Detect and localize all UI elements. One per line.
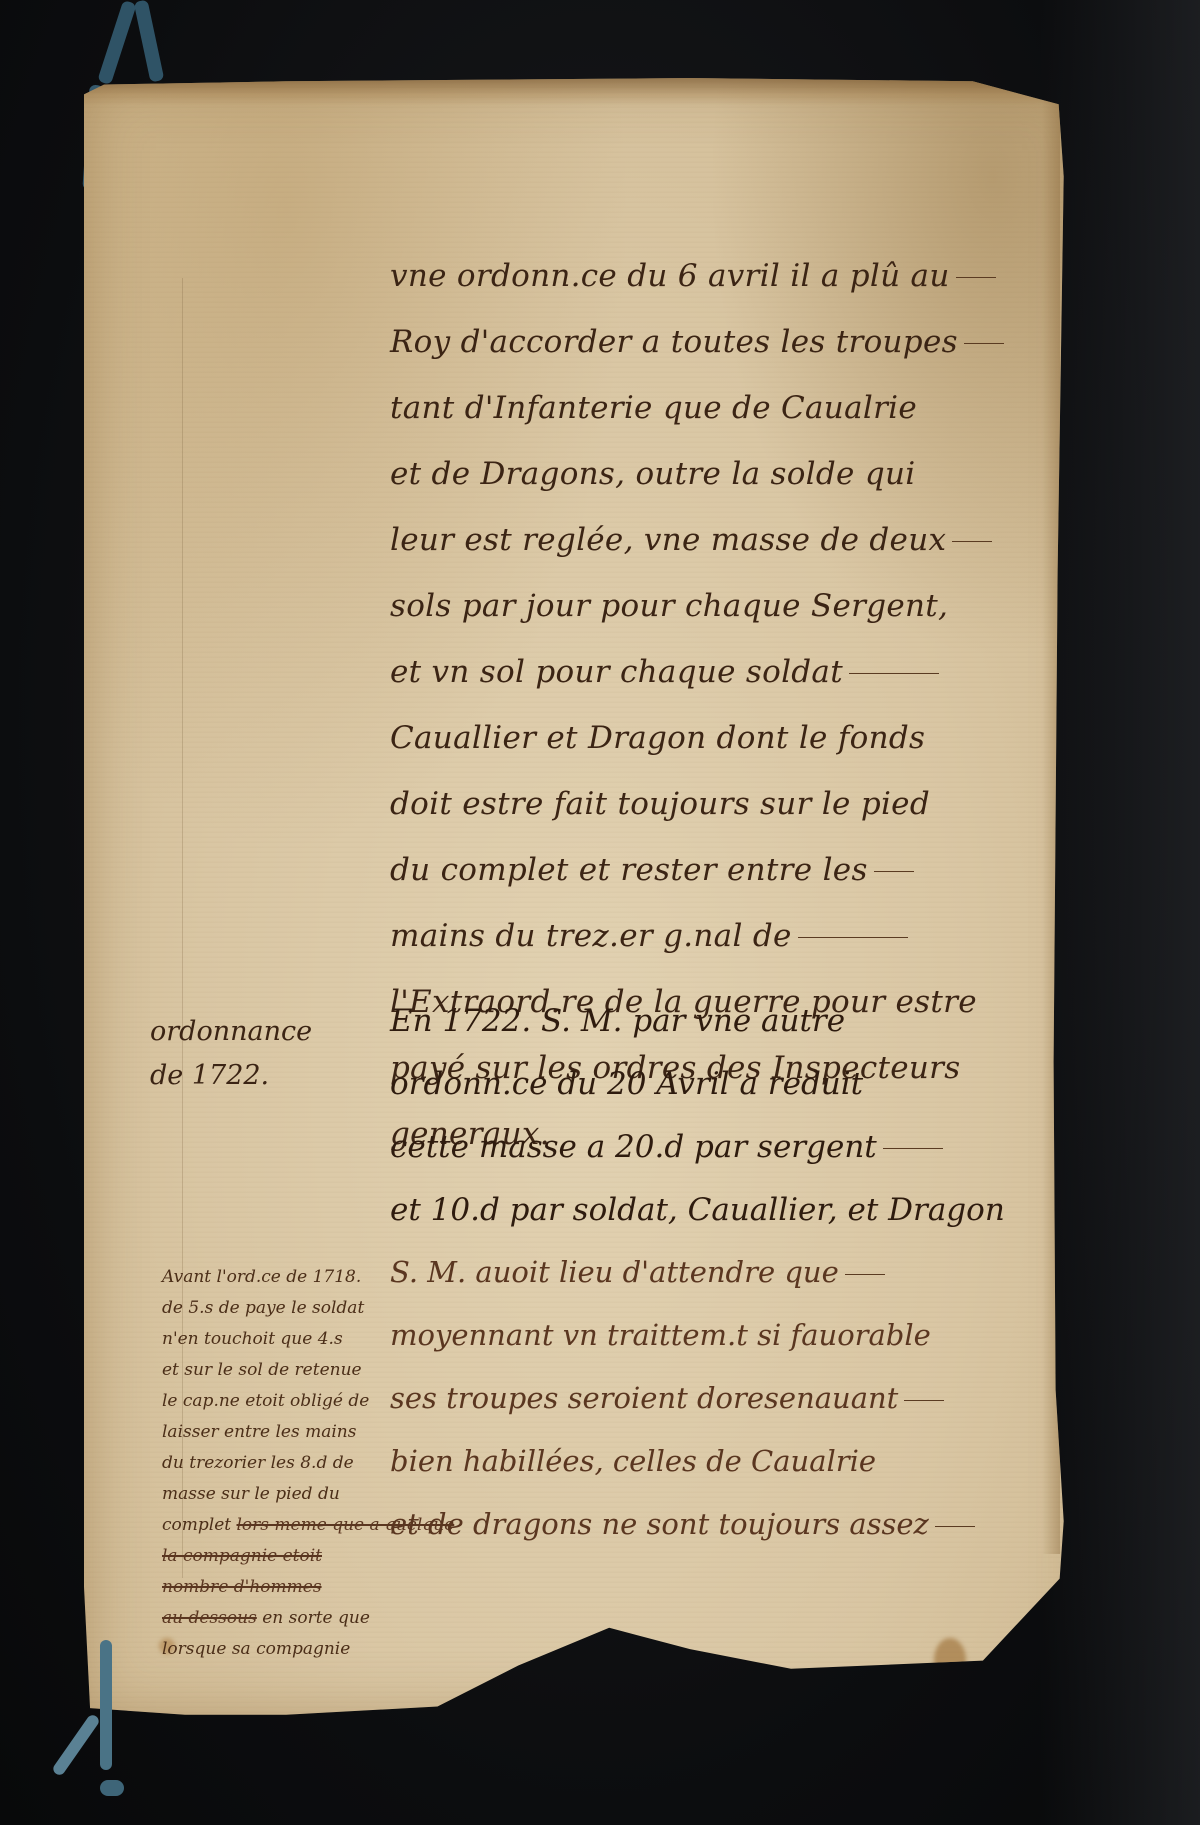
text-line: Cauallier et Dragon dont le fonds (390, 720, 1090, 786)
line-filler-rule (956, 277, 996, 278)
line-filler-rule (849, 673, 939, 674)
margin-note-text: complet (162, 1515, 231, 1535)
margin-note-line: de 5.s de paye le soldat (162, 1293, 442, 1324)
text-line-content: S. M. auoit lieu d'attendre que (390, 1255, 839, 1289)
text-line-content: et de Dragons, outre la solde qui (390, 456, 915, 492)
text-line-content: mains du trez.er g.nal de (390, 918, 792, 954)
margin-note-line: complet lors meme que a quelque (162, 1510, 442, 1541)
line-filler-rule (883, 1148, 943, 1149)
margin-note-text: de 5.s de paye le soldat (162, 1298, 364, 1318)
margin-note-line: le cap.ne etoit obligé de (162, 1386, 442, 1417)
page-top-edge-stain (84, 78, 1094, 106)
margin-note-line: lorsque sa compagnie (162, 1634, 442, 1665)
text-line: vne ordonn.ce du 6 avril il a plû au (390, 258, 1090, 324)
text-line-content: En 1722. S. M. par vne autre (390, 1003, 845, 1039)
text-line-content: et vn sol pour chaque soldat (390, 654, 843, 690)
line-filler-rule (874, 871, 914, 872)
text-line: doit estre fait toujours sur le pied (390, 786, 1090, 852)
margin-note-text: Avant l'ord.ce de 1718. (162, 1267, 361, 1287)
text-line: et 10.d par soldat, Cauallier, et Dragon (390, 1192, 1090, 1255)
binding-ribbon-bottom (100, 1640, 112, 1770)
line-filler-rule (798, 937, 908, 938)
margin-note-line: du trezorier les 8.d de (162, 1448, 442, 1479)
text-line: ses troupes seroient doresenauant (390, 1381, 1090, 1444)
text-line-content: cette masse a 20.d par sergent (390, 1129, 877, 1165)
margin-note-line: et sur le sol de retenue (162, 1355, 442, 1386)
struck-text: la compagnie etoit (162, 1546, 322, 1566)
line-filler-rule (952, 541, 992, 542)
struck-text: nombre d'hommes (162, 1577, 322, 1597)
text-line: mains du trez.er g.nal de (390, 918, 1090, 984)
margin-heading-line: ordonnance (150, 1010, 370, 1054)
struck-text: au dessous (162, 1608, 257, 1628)
text-line-content: leur est reglée, vne masse de deux (390, 522, 946, 558)
text-line: Roy d'accorder a toutes les troupes (390, 324, 1090, 390)
text-line: S. M. auoit lieu d'attendre que (390, 1255, 1090, 1318)
text-line-content: moyennant vn traittem.t si fauorable (390, 1318, 931, 1352)
line-filler-rule (904, 1400, 944, 1401)
binding-ribbon-top (134, 0, 165, 83)
text-line-content: Cauallier et Dragon dont le fonds (390, 720, 925, 756)
text-line: cette masse a 20.d par sergent (390, 1129, 1090, 1192)
text-line: et vn sol pour chaque soldat (390, 654, 1090, 720)
text-line-content: tant d'Infanterie que de Caualrie (390, 390, 917, 426)
line-filler-rule (845, 1274, 885, 1275)
text-line-content: ses troupes seroient doresenauant (390, 1381, 898, 1415)
binding-ribbon-bottom (51, 1713, 101, 1777)
text-line-content: ordonn.ce du 20 Avril a reduit (390, 1066, 863, 1102)
margin-note-text: lorsque sa compagnie (162, 1639, 350, 1659)
text-line-content: vne ordonn.ce du 6 avril il a plû au (390, 258, 950, 294)
margin-note-text: et sur le sol de retenue (162, 1360, 362, 1380)
text-line-content: Roy d'accorder a toutes les troupes (390, 324, 958, 360)
margin-note-text: laisser entre les mains (162, 1422, 356, 1442)
text-line: et de Dragons, outre la solde qui (390, 456, 1090, 522)
margin-note-text: le cap.ne etoit obligé de (162, 1391, 369, 1411)
text-line: et de dragons ne sont toujours assez (390, 1507, 1090, 1570)
main-paragraph-2: En 1722. S. M. par vne autre ordonn.ce d… (390, 1003, 1090, 1255)
text-line: En 1722. S. M. par vne autre (390, 1003, 1090, 1066)
margin-note-text: du trezorier les 8.d de (162, 1453, 354, 1473)
line-filler-rule (935, 1526, 975, 1527)
text-line: bien habillées, celles de Caualrie (390, 1444, 1090, 1507)
text-line-content: et de dragons ne sont toujours assez (390, 1507, 929, 1541)
margin-heading-line: de 1722. (150, 1054, 370, 1098)
margin-note-line: masse sur le pied du (162, 1479, 442, 1510)
text-line: leur est reglée, vne masse de deux (390, 522, 1090, 588)
margin-note-line: Avant l'ord.ce de 1718. (162, 1262, 442, 1293)
margin-note-1718: Avant l'ord.ce de 1718. de 5.s de paye l… (162, 1262, 442, 1665)
margin-note-text: n'en touchoit que 4.s (162, 1329, 343, 1349)
margin-note-line: laisser entre les mains (162, 1417, 442, 1448)
margin-note-line: la compagnie etoit (162, 1541, 442, 1572)
text-line: sols par jour pour chaque Sergent, (390, 588, 1090, 654)
margin-heading-ordonnance-1722: ordonnance de 1722. (150, 1010, 370, 1098)
binding-ribbon-knot (100, 1780, 124, 1796)
margin-note-line: au dessous en sorte que (162, 1603, 442, 1634)
text-line: du complet et rester entre les (390, 852, 1090, 918)
binding-ribbon-top (97, 0, 137, 85)
ink-stain (934, 1638, 966, 1682)
margin-note-text: en sorte que (262, 1608, 370, 1628)
text-line: tant d'Infanterie que de Caualrie (390, 390, 1090, 456)
text-line-content: du complet et rester entre les (390, 852, 868, 888)
text-line-content: doit estre fait toujours sur le pied (390, 786, 930, 822)
text-line-content: et 10.d par soldat, Cauallier, et Dragon (390, 1192, 1005, 1228)
margin-note-line: nombre d'hommes (162, 1572, 442, 1603)
torn-edge-stain (504, 1678, 624, 1718)
text-line: ordonn.ce du 20 Avril a reduit (390, 1066, 1090, 1129)
text-line-content: bien habillées, celles de Caualrie (390, 1444, 876, 1478)
text-line: moyennant vn traittem.t si fauorable (390, 1318, 1090, 1381)
struck-text: lors meme que a quelque (237, 1515, 455, 1535)
margin-note-line: n'en touchoit que 4.s (162, 1324, 442, 1355)
margin-note-text: masse sur le pied du (162, 1484, 340, 1504)
text-line-content: sols par jour pour chaque Sergent, (390, 588, 948, 624)
main-paragraph-3: S. M. auoit lieu d'attendre que moyennan… (390, 1255, 1090, 1570)
line-filler-rule (964, 343, 1004, 344)
